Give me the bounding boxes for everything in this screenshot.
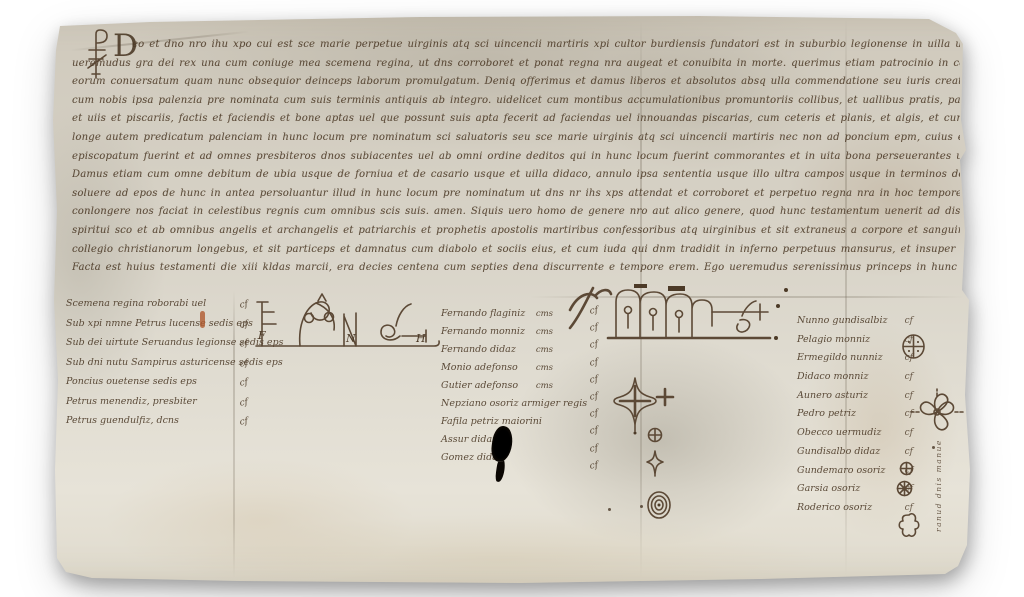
bold-cross-icon xyxy=(656,388,674,406)
quatrefoil-cross-icon xyxy=(897,512,921,540)
circled-cross-icon xyxy=(647,427,663,443)
confirmat-mark: cf xyxy=(234,353,253,375)
body-line: Facta est huius testamenti die xiii klda… xyxy=(72,259,960,278)
concentric-circles-icon xyxy=(646,490,672,520)
witness-entry: Pedro petrizcf xyxy=(797,405,913,424)
body-line: soluere ad epos de hunc in antea persolu… xyxy=(72,185,960,204)
royal-signum-monogram xyxy=(564,280,792,346)
body-line: ueremudus gra dei rex una cum coniuge me… xyxy=(72,55,960,74)
body-line: eorum conuersatum quam nunc obsequior de… xyxy=(72,73,960,92)
body-line: spiritui sco et ab omnibus angelis et ar… xyxy=(72,222,960,241)
circled-cross-icon xyxy=(896,480,913,497)
witness-entry: Gundisalbo didazcf xyxy=(797,443,913,462)
rubric-mark xyxy=(200,311,205,328)
confirmat-mark: cf xyxy=(585,405,604,425)
witness-entry: Pelagio monnizcf xyxy=(797,331,913,350)
body-line: collegio christianorum longebus, et sit … xyxy=(72,241,960,260)
witness-entry: Ermegildo nunnizcf xyxy=(797,349,913,368)
confirmat-mark: cf xyxy=(585,456,604,476)
body-line: cum nobis ipsa palenzia pre nominata cum… xyxy=(72,92,960,111)
witness-entry: Petrus menendiz, presbiter xyxy=(66,392,241,412)
confirmat-mark: cf xyxy=(234,373,253,395)
body-line: longe autem predicatum palenciam in hunc… xyxy=(72,129,960,148)
monogram-letter-h: H xyxy=(415,332,426,345)
charter-photo: D eo et dno nro ihu xpo cui est sce mari… xyxy=(0,0,1024,597)
ink-dot xyxy=(608,508,611,511)
circled-cross-icon xyxy=(901,334,926,359)
witness-entry: Didaco monnizcf xyxy=(797,368,913,387)
confirmat-mark: cf xyxy=(905,443,913,462)
confirmat-mark: cf xyxy=(234,392,253,414)
body-line: conlongere nos faciat in celestibus regn… xyxy=(72,203,960,222)
notary-subscription-vertical: ranud dnis manue xyxy=(934,424,943,532)
four-point-star-icon xyxy=(644,450,666,476)
monogram-letter-f: F xyxy=(257,329,266,342)
witness-entry: Scemena regina roborabi uel xyxy=(66,294,241,314)
witness-entry: Petrus guendulfiz, dcns xyxy=(66,411,241,431)
confirmat-mark: cf xyxy=(585,370,604,390)
witness-column-left: Scemena regina roborabi uel Sub xpi nmne… xyxy=(66,294,241,431)
confirmat-mark: cf xyxy=(585,353,604,373)
confirmat-mark: cf xyxy=(585,388,604,408)
witness-entry: Fernando flaginizcms xyxy=(441,305,553,323)
body-line: et uiis et piscariis, factis et faciendi… xyxy=(72,110,960,129)
confirmat-mark: cf xyxy=(585,439,604,459)
left-signum-monogram: F N H xyxy=(250,292,445,356)
witness-entry: Nepziano osoriz armiger regis xyxy=(441,395,553,413)
confirmat-mark: cf xyxy=(905,368,913,387)
ink-dot xyxy=(640,505,643,508)
witness-entry: Sub dni nutu Sampirus asturicense sedis … xyxy=(66,353,241,373)
body-line: Damus etiam cum omne debitum de ubia usq… xyxy=(72,166,960,185)
confirmat-mark: cf xyxy=(585,422,604,442)
parchment-wrapper: D eo et dno nro ihu xpo cui est sce mari… xyxy=(0,0,1024,597)
witness-entry: Sub xpi nmne Petrus lucense sedis eps xyxy=(66,314,241,334)
witness-entry: Aunero asturizcf xyxy=(797,387,913,406)
charter-body-text: eo et dno nro ihu xpo cui est sce marie … xyxy=(72,36,960,278)
monogram-letter-n: N xyxy=(345,332,356,345)
witness-entry: Monio adefonsocms xyxy=(441,359,553,377)
parchment-sheet: D eo et dno nro ihu xpo cui est sce mari… xyxy=(0,0,1024,597)
confirmat-mark: cf xyxy=(905,312,913,331)
witness-entry: Sub dei uirtute Seruandus legionse sedis… xyxy=(66,333,241,353)
witness-entry: Gundemaro osorizcf xyxy=(797,462,913,481)
witness-entry: Nunno gundisalbizcf xyxy=(797,312,913,331)
witness-entry: Gutier adefonsocms xyxy=(441,377,553,395)
body-line: episcopatum fuerint et ad omnes presbite… xyxy=(72,148,960,167)
witness-entry: Poncius ouetense sedis eps xyxy=(66,372,241,392)
confirmat-mark: cf xyxy=(234,412,253,434)
witness-entry: Fernando didazcms xyxy=(441,341,553,359)
witness-entry: Roderico osorizcf xyxy=(797,499,913,518)
witness-entry: Fernando monnizcms xyxy=(441,323,553,341)
body-line: eo et dno nro ihu xpo cui est sce marie … xyxy=(72,36,960,55)
witness-entry: Obecco uermudizcf xyxy=(797,424,913,443)
circled-cross-icon xyxy=(899,461,914,476)
